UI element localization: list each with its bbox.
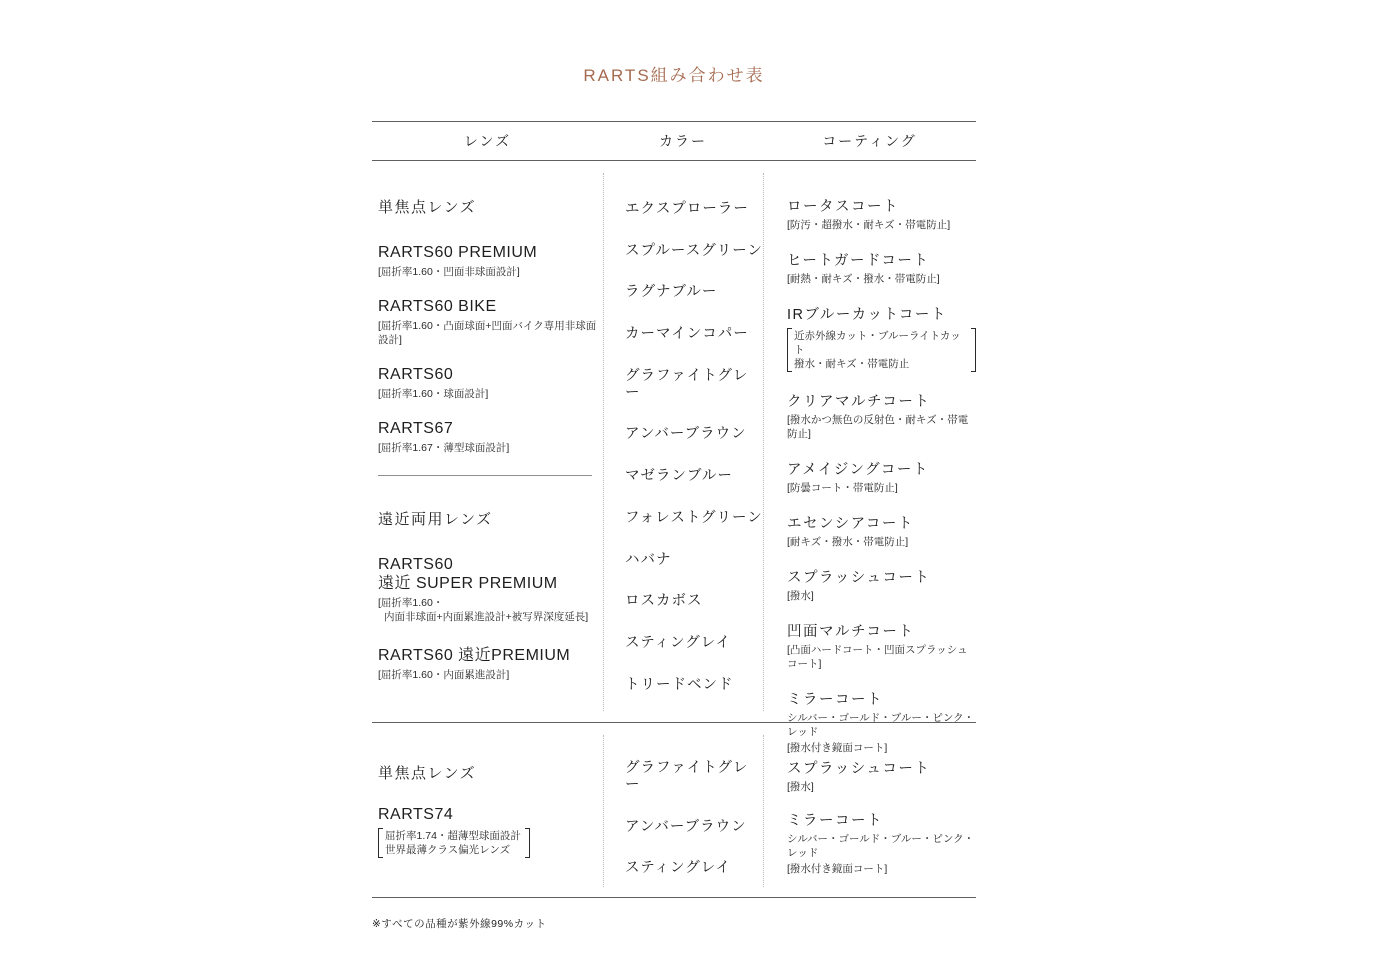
- lens-column-2: 単焦点レンズ RARTS74 屈折率1.74・超薄型球面設計 世界最薄クラス偏光…: [372, 723, 603, 897]
- coating-column-2: スプラッシュコート [撥水] ミラーコート シルバー・ゴールド・ブルー・ピンク・…: [763, 723, 976, 897]
- header-lens: レンズ: [372, 131, 603, 151]
- lens-spec: [屈折率1.60・凹面非球面設計]: [378, 265, 603, 279]
- footnote: ※すべての品種が紫外線99%カット: [372, 916, 547, 931]
- column-divider-dotted: [603, 173, 604, 711]
- lens-name-line2: 遠近 SUPER PREMIUM: [378, 574, 603, 593]
- coating-spec: [防曇コート・帯電防止]: [787, 481, 976, 495]
- lens-item: RARTS60 [屈折率1.60・球面設計]: [378, 365, 603, 401]
- coating-spec: [耐熱・耐キズ・撥水・帯電防止]: [787, 272, 976, 286]
- color-column-1: エクスプローラー スプルースグリーン ラグナブルー カーマインコパー グラファイ…: [603, 161, 763, 722]
- coating-name: 凹面マルチコート: [787, 623, 976, 641]
- coating-item: ヒートガードコート [耐熱・耐キズ・撥水・帯電防止]: [787, 252, 976, 286]
- color-item: スティングレイ: [625, 860, 763, 877]
- lens-name-line1: RARTS60: [378, 555, 603, 574]
- lens-name: RARTS60 PREMIUM: [378, 243, 603, 262]
- coating-item: 凹面マルチコート [凸面ハードコート・凹面スプラッシュコート]: [787, 623, 976, 671]
- coating-spec-line1: 近赤外線カット・ブルーライトカット: [794, 329, 967, 357]
- coating-spec-line2: [撥水付き鏡面コート]: [787, 862, 976, 876]
- color-item: ロスカボス: [625, 593, 763, 610]
- coating-item: クリアマルチコート [撥水かつ無色の反射色・耐キズ・帯電防止]: [787, 393, 976, 441]
- coating-name: ロータスコート: [787, 198, 976, 216]
- lens-item: RARTS74 屈折率1.74・超薄型球面設計 世界最薄クラス偏光レンズ: [378, 805, 603, 859]
- coating-name: スプラッシュコート: [787, 569, 976, 587]
- color-item: ハバナ: [625, 552, 763, 569]
- color-item: スプルースグリーン: [625, 243, 763, 260]
- coating-spec: [撥水]: [787, 780, 976, 794]
- column-divider-dotted: [603, 735, 604, 887]
- lens-name: RARTS74: [378, 805, 603, 824]
- coating-spec: [防汚・超撥水・耐キズ・帯電防止]: [787, 218, 976, 232]
- coating-name: スプラッシュコート: [787, 760, 976, 778]
- lens-spec: [屈折率1.60・凸面球面+凹面バイク専用非球面設計]: [378, 319, 603, 347]
- lens-spec: [屈折率1.60・内面累進設計]: [378, 668, 603, 682]
- color-item: グラファイトグレー: [625, 368, 763, 402]
- coating-item: ミラーコート シルバー・ゴールド・ブルー・ピンク・レッド [撥水付き鏡面コート]: [787, 812, 976, 876]
- coating-spec: [耐キズ・撥水・帯電防止]: [787, 535, 976, 549]
- color-item: エクスプローラー: [625, 201, 763, 218]
- color-item: マゼランブルー: [625, 468, 763, 485]
- color-item: フォレストグリーン: [625, 510, 763, 527]
- lens-spec-bracket: 屈折率1.74・超薄型球面設計 世界最薄クラス偏光レンズ: [378, 827, 530, 859]
- coating-spec: [撥水]: [787, 589, 976, 603]
- color-item: グラファイトグレー: [625, 760, 763, 794]
- coating-name: ミラーコート: [787, 691, 976, 709]
- coating-item: アメイジングコート [防曇コート・帯電防止]: [787, 461, 976, 495]
- color-item: ラグナブルー: [625, 284, 763, 301]
- lens-group-label: 遠近両用レンズ: [378, 511, 603, 529]
- column-divider-dotted: [763, 735, 764, 887]
- coating-name: ヒートガードコート: [787, 252, 976, 270]
- coating-spec-line1: シルバー・ゴールド・ブルー・ピンク・レッド: [787, 832, 976, 860]
- lens-name: RARTS60: [378, 365, 603, 384]
- color-item: カーマインコパー: [625, 326, 763, 343]
- coating-spec: [凸面ハードコート・凹面スプラッシュコート]: [787, 643, 976, 671]
- lens-group-label: 単焦点レンズ: [378, 765, 603, 783]
- lens-spec-line2: 内面非球面+内面累進設計+被写界深度延長]: [378, 610, 603, 624]
- color-item: スティングレイ: [625, 635, 763, 652]
- page-title: RARTS組み合わせ表: [372, 61, 976, 86]
- lens-item: RARTS60 遠近PREMIUM [屈折率1.60・内面累進設計]: [378, 646, 603, 682]
- lens-spec-line1: 屈折率1.74・超薄型球面設計: [385, 829, 521, 843]
- lens-spec-line1: [屈折率1.60・: [378, 596, 603, 610]
- coating-name: エセンシアコート: [787, 515, 976, 533]
- lens-group-label: 単焦点レンズ: [378, 199, 603, 217]
- page: RARTS組み合わせ表 レンズ カラー コーティング 単焦点レンズ RARTS6…: [0, 0, 1400, 973]
- lens-name: RARTS60 BIKE: [378, 297, 603, 316]
- lens-item: RARTS67 [屈折率1.67・薄型球面設計]: [378, 419, 603, 455]
- coating-name: IRブルーカットコート: [787, 306, 976, 324]
- coating-column-1: ロータスコート [防汚・超撥水・耐キズ・帯電防止] ヒートガードコート [耐熱・…: [763, 161, 976, 722]
- coating-name: ミラーコート: [787, 812, 976, 830]
- combination-table: レンズ カラー コーティング 単焦点レンズ RARTS60 PREMIUM [屈…: [372, 121, 976, 898]
- header-color: カラー: [603, 131, 763, 151]
- table-header-row: レンズ カラー コーティング: [372, 121, 976, 161]
- coating-name: クリアマルチコート: [787, 393, 976, 411]
- coating-spec-line2: 撥水・耐キズ・帯電防止: [794, 357, 967, 371]
- lens-group-divider: [378, 475, 592, 476]
- color-column-2: グラファイトグレー アンバーブラウン スティングレイ: [603, 723, 763, 897]
- column-divider-dotted: [763, 173, 764, 711]
- coating-item: スプラッシュコート [撥水]: [787, 760, 976, 794]
- lens-name: RARTS60 遠近PREMIUM: [378, 646, 603, 665]
- color-item: トリードベンド: [625, 677, 763, 694]
- coating-item: エセンシアコート [耐キズ・撥水・帯電防止]: [787, 515, 976, 549]
- color-item: アンバーブラウン: [625, 819, 763, 836]
- lens-spec: [屈折率1.67・薄型球面設計]: [378, 441, 603, 455]
- lens-item: RARTS60 遠近 SUPER PREMIUM [屈折率1.60・ 内面非球面…: [378, 555, 603, 624]
- lens-spec-line2: 世界最薄クラス偏光レンズ: [385, 843, 521, 857]
- coating-spec: [撥水かつ無色の反射色・耐キズ・帯電防止]: [787, 413, 976, 441]
- table-section-2: 単焦点レンズ RARTS74 屈折率1.74・超薄型球面設計 世界最薄クラス偏光…: [372, 723, 976, 898]
- color-item: アンバーブラウン: [625, 426, 763, 443]
- lens-item: RARTS60 BIKE [屈折率1.60・凸面球面+凹面バイク専用非球面設計]: [378, 297, 603, 347]
- coating-item: IRブルーカットコート 近赤外線カット・ブルーライトカット 撥水・耐キズ・帯電防…: [787, 306, 976, 373]
- lens-name: RARTS67: [378, 419, 603, 438]
- table-section-1: 単焦点レンズ RARTS60 PREMIUM [屈折率1.60・凹面非球面設計]…: [372, 161, 976, 723]
- coating-spec-bracket: 近赤外線カット・ブルーライトカット 撥水・耐キズ・帯電防止: [787, 327, 976, 373]
- lens-spec: [屈折率1.60・球面設計]: [378, 387, 603, 401]
- header-coating: コーティング: [763, 131, 976, 151]
- coating-name: アメイジングコート: [787, 461, 976, 479]
- coating-item: ロータスコート [防汚・超撥水・耐キズ・帯電防止]: [787, 198, 976, 232]
- coating-item: スプラッシュコート [撥水]: [787, 569, 976, 603]
- lens-column-1: 単焦点レンズ RARTS60 PREMIUM [屈折率1.60・凹面非球面設計]…: [372, 161, 603, 722]
- lens-item: RARTS60 PREMIUM [屈折率1.60・凹面非球面設計]: [378, 243, 603, 279]
